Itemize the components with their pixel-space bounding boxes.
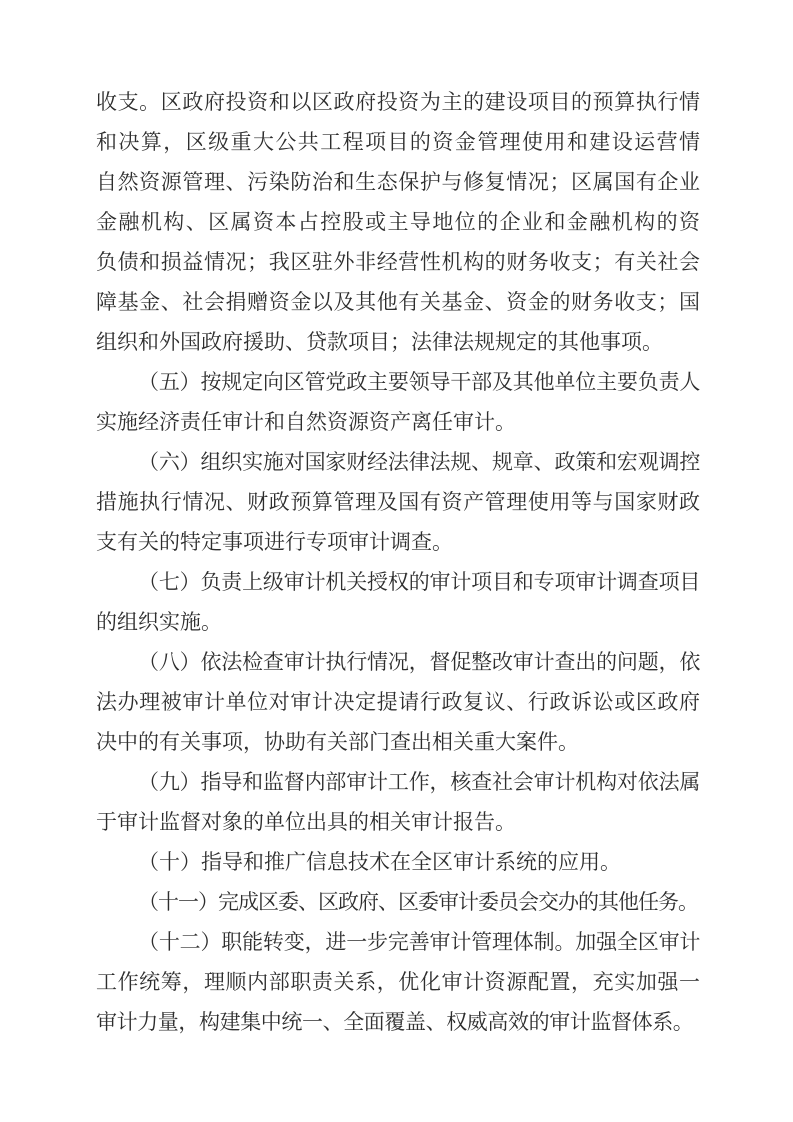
text-line: 法办理被审计单位对审计决定提请行政复议、行政诉讼或区政府裁 <box>96 682 700 722</box>
paragraph-clause-8: （八）依法检查审计执行情况，督促整改审计查出的问题，依 法办理被审计单位对审计决… <box>96 642 700 762</box>
paragraph-clause-12: （十二）职能转变，进一步完善审计管理体制。加强全区审计 工作统筹，理顺内部职责关… <box>96 922 700 1042</box>
text-line: （六）组织实施对国家财经法律法规、规章、政策和宏观调控 <box>96 442 700 482</box>
text-line: 决中的有关事项，协助有关部门查出相关重大案件。 <box>96 722 700 762</box>
text-line: 自然资源管理、污染防治和生态保护与修复情况；区属国有企业和 <box>96 162 700 202</box>
paragraph-continuation: 收支。区政府投资和以区政府投资为主的建设项目的预算执行情况 和决算，区级重大公共… <box>96 82 700 362</box>
paragraph-clause-6: （六）组织实施对国家财经法律法规、规章、政策和宏观调控 措施执行情况、财政预算管… <box>96 442 700 562</box>
text-line: 审计力量，构建集中统一、全面覆盖、权威高效的审计监督体系。 <box>96 1002 700 1042</box>
paragraph-clause-10: （十）指导和推广信息技术在全区审计系统的应用。 <box>96 842 700 882</box>
text-line: 负债和损益情况；我区驻外非经营性机构的财务收支；有关社会保 <box>96 242 700 282</box>
text-line: 和决算，区级重大公共工程项目的资金管理使用和建设运营情况； <box>96 122 700 162</box>
text-line: （七）负责上级审计机关授权的审计项目和专项审计调查项目 <box>96 562 700 602</box>
text-line: （五）按规定向区管党政主要领导干部及其他单位主要负责人 <box>96 362 700 402</box>
text-line: 的组织实施。 <box>96 602 700 642</box>
text-line: 组织和外国政府援助、贷款项目；法律法规规定的其他事项。 <box>96 322 700 362</box>
paragraph-clause-7: （七）负责上级审计机关授权的审计项目和专项审计调查项目 的组织实施。 <box>96 562 700 642</box>
paragraph-clause-11: （十一）完成区委、区政府、区委审计委员会交办的其他任务。 <box>96 882 700 922</box>
paragraph-clause-5: （五）按规定向区管党政主要领导干部及其他单位主要负责人 实施经济责任审计和自然资… <box>96 362 700 442</box>
text-line: 障基金、社会捐赠资金以及其他有关基金、资金的财务收支；国际 <box>96 282 700 322</box>
text-line: （十二）职能转变，进一步完善审计管理体制。加强全区审计 <box>96 922 700 962</box>
text-line: 于审计监督对象的单位出具的相关审计报告。 <box>96 802 700 842</box>
text-line: 金融机构、区属资本占控股或主导地位的企业和金融机构的资产、 <box>96 202 700 242</box>
text-line: 实施经济责任审计和自然资源资产离任审计。 <box>96 402 700 442</box>
document-body: 收支。区政府投资和以区政府投资为主的建设项目的预算执行情况 和决算，区级重大公共… <box>96 82 700 1042</box>
document-page: 收支。区政府投资和以区政府投资为主的建设项目的预算执行情况 和决算，区级重大公共… <box>0 0 793 1122</box>
text-line: 措施执行情况、财政预算管理及国有资产管理使用等与国家财政收 <box>96 482 700 522</box>
text-line: 收支。区政府投资和以区政府投资为主的建设项目的预算执行情况 <box>96 82 700 122</box>
text-line: （九）指导和监督内部审计工作，核查社会审计机构对依法属 <box>96 762 700 802</box>
text-line: 工作统筹，理顺内部职责关系，优化审计资源配置，充实加强一线 <box>96 962 700 1002</box>
text-line: 支有关的特定事项进行专项审计调查。 <box>96 522 700 562</box>
text-line: （十）指导和推广信息技术在全区审计系统的应用。 <box>96 842 700 882</box>
text-line: （十一）完成区委、区政府、区委审计委员会交办的其他任务。 <box>96 882 700 922</box>
text-line: （八）依法检查审计执行情况，督促整改审计查出的问题，依 <box>96 642 700 682</box>
paragraph-clause-9: （九）指导和监督内部审计工作，核查社会审计机构对依法属 于审计监督对象的单位出具… <box>96 762 700 842</box>
